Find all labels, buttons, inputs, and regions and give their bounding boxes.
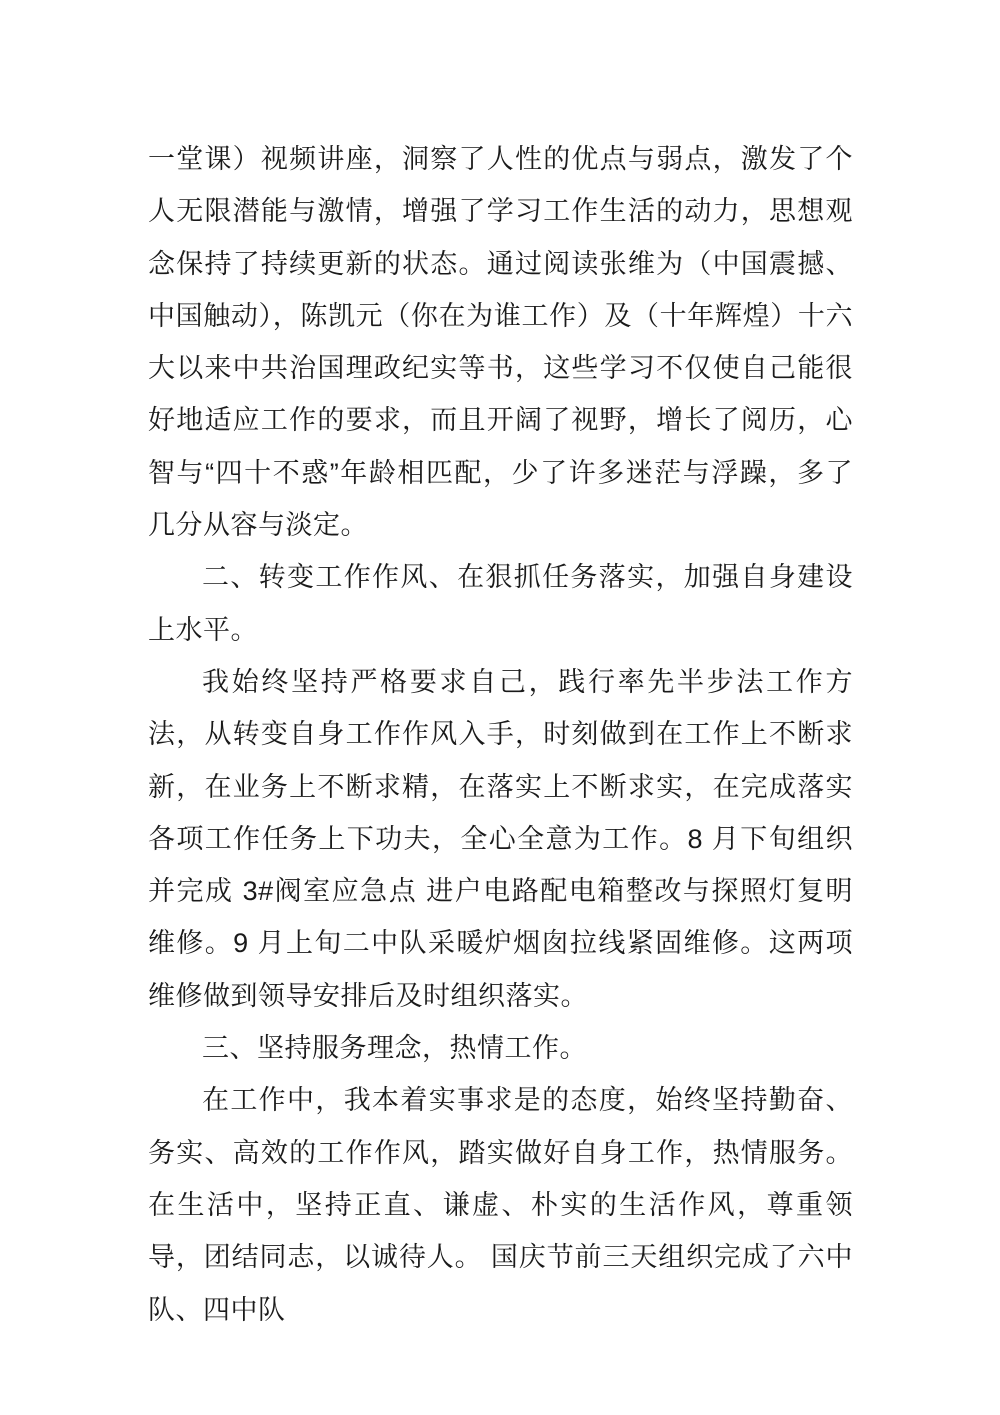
section-heading-two: 二、转变工作作风、在狠抓任务落实，加强自身建设上水平。 bbox=[148, 551, 853, 656]
document-page: 一堂课）视频讲座，洞察了人性的优点与弱点，激发了个人无限潜能与激情，增强了学习工… bbox=[0, 0, 1000, 1415]
section-heading-three: 三、坚持服务理念，热情工作。 bbox=[148, 1022, 853, 1074]
paragraph-continued: 一堂课）视频讲座，洞察了人性的优点与弱点，激发了个人无限潜能与激情，增强了学习工… bbox=[148, 133, 853, 551]
section-three-body: 在工作中，我本着实事求是的态度，始终坚持勤奋、务实、高效的工作作风，踏实做好自身… bbox=[148, 1074, 853, 1335]
section-two-body: 我始终坚持严格要求自己，践行率先半步法工作方法，从转变自身工作作风入手，时刻做到… bbox=[148, 656, 853, 1022]
text-body: 一堂课）视频讲座，洞察了人性的优点与弱点，激发了个人无限潜能与激情，增强了学习工… bbox=[148, 133, 853, 1336]
